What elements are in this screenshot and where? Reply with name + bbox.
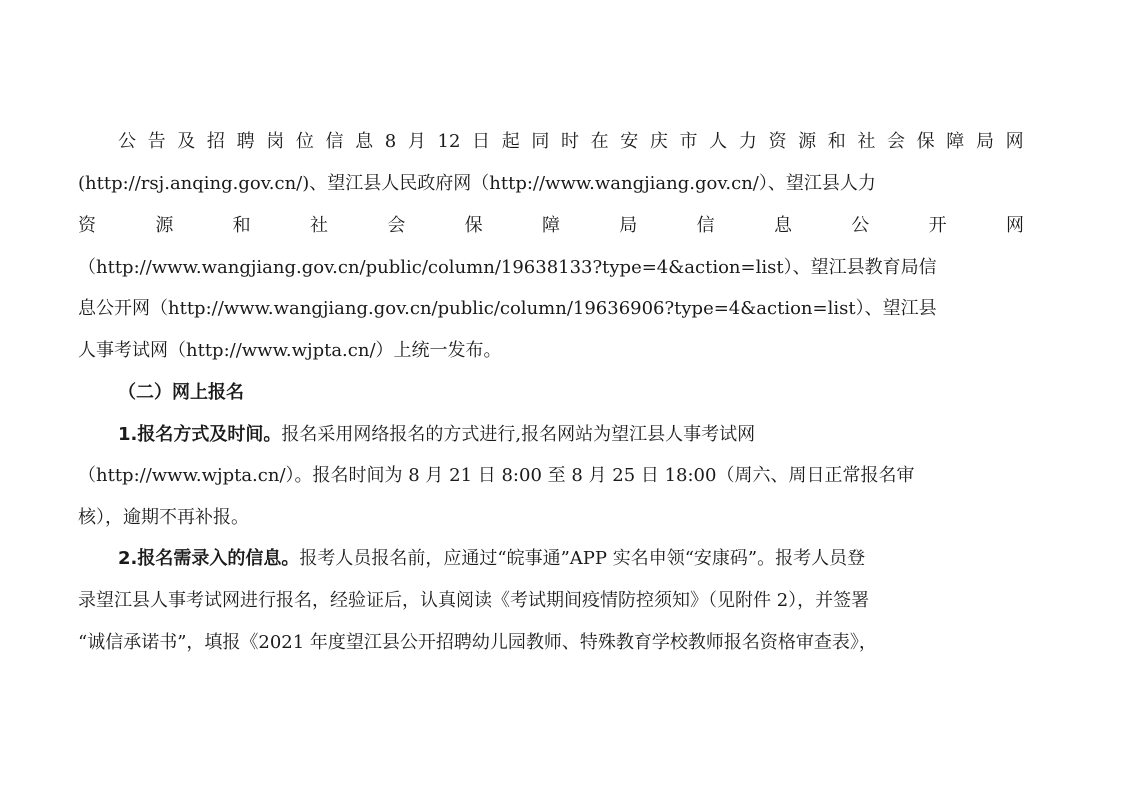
item2-title: 2.报名需录入的信息。 [118,548,299,569]
p1l1-char: 人 [709,127,727,157]
p1l1-char: 起 [502,127,520,157]
p1l1-char: 局 [976,127,994,157]
item1-line3: 核），逾期不再补报。 [78,503,1024,533]
p1l1-char: 岗 [266,127,284,157]
paragraph1-line3: 资源和社会保障局信息公开网 [78,211,1024,241]
paragraph1-line2: (http://rsj.anqing.gov.cn/)、望江县人民政府网（htt… [78,169,1024,199]
p1l1-char: 会 [887,127,905,157]
item2-line3: “诚信承诺书”，填报《2021 年度望江县公开招聘幼儿园教师、特殊教育学校教师报… [78,628,1024,658]
p1l3-char: 障 [542,211,560,241]
paragraph1-line4: （http://www.wangjiang.gov.cn/public/colu… [78,253,1024,283]
p1l3-char: 保 [465,211,483,241]
document-page: 公告及招聘岗位信息8月12日起同时在安庆市人力资源和社会保障局网 (http:/… [0,0,1122,793]
p1l3-char: 局 [619,211,637,241]
p1l3-char: 开 [929,211,947,241]
item2-line1: 2.报名需录入的信息。报考人员报名前，应通过“皖事通”APP 实名申领“安康码”… [118,544,1024,574]
p1l1-char: 招 [207,127,225,157]
item1-title: 1.报名方式及时间。 [118,424,281,445]
p1l3-char: 信 [697,211,715,241]
p1l1-char: 12 [438,127,461,157]
p1l1-char: 时 [561,127,579,157]
p1l3-char: 息 [774,211,792,241]
p1l1-char: 社 [857,127,875,157]
p1l1-char: 月 [408,127,426,157]
p1l1-char: 资 [768,127,786,157]
p1l1-char: 力 [739,127,757,157]
p1l1-char: 和 [828,127,846,157]
p1l1-char: 市 [680,127,698,157]
p1l1-char: 网 [1006,127,1024,157]
p1l1-char: 安 [620,127,638,157]
p1l1-char: 位 [296,127,314,157]
p1l1-char: 公 [118,127,136,157]
p1l1-char: 保 [917,127,935,157]
p1l1-char: 障 [946,127,964,157]
p1l1-char: 8 [385,127,396,157]
p1l1-char: 源 [798,127,816,157]
p1l3-char: 公 [851,211,869,241]
item1-line1-text: 报名采用网络报名的方式进行,报名网站为望江县人事考试网 [281,424,755,445]
p1l3-char: 会 [387,211,405,241]
paragraph1-line5: 息公开网（http://www.wangjiang.gov.cn/public/… [78,294,1024,324]
p1l1-char: 聘 [237,127,255,157]
paragraph1-line6: 人事考试网（http://www.wjpta.cn/）上统一发布。 [78,336,1024,366]
p1l1-char: 日 [472,127,490,157]
p1l1-char: 在 [591,127,609,157]
p1l1-char: 及 [177,127,195,157]
p1l1-char: 息 [355,127,373,157]
paragraph1-line1: 公告及招聘岗位信息8月12日起同时在安庆市人力资源和社会保障局网 [118,127,1024,157]
p1l3-char: 资 [78,211,96,241]
item2-line1-text: 报考人员报名前，应通过“皖事通”APP 实名申领“安康码”。报考人员登 [299,548,865,569]
p1l1-char: 告 [148,127,166,157]
section-heading: （二）网上报名 [118,378,1064,408]
item2-line2: 录望江县人事考试网进行报名，经验证后，认真阅读《考试期间疫情防控须知》（见附件 … [78,586,1024,616]
p1l3-char: 网 [1006,211,1024,241]
p1l1-char: 信 [325,127,343,157]
p1l1-char: 庆 [650,127,668,157]
p1l3-char: 和 [233,211,251,241]
p1l1-char: 同 [531,127,549,157]
p1l3-char: 社 [310,211,328,241]
item1-line1: 1.报名方式及时间。报名采用网络报名的方式进行,报名网站为望江县人事考试网 [118,420,1024,450]
item1-line2: （http://www.wjpta.cn/）。报名时间为 8 月 21 日 8:… [78,461,1024,491]
p1l3-char: 源 [155,211,173,241]
